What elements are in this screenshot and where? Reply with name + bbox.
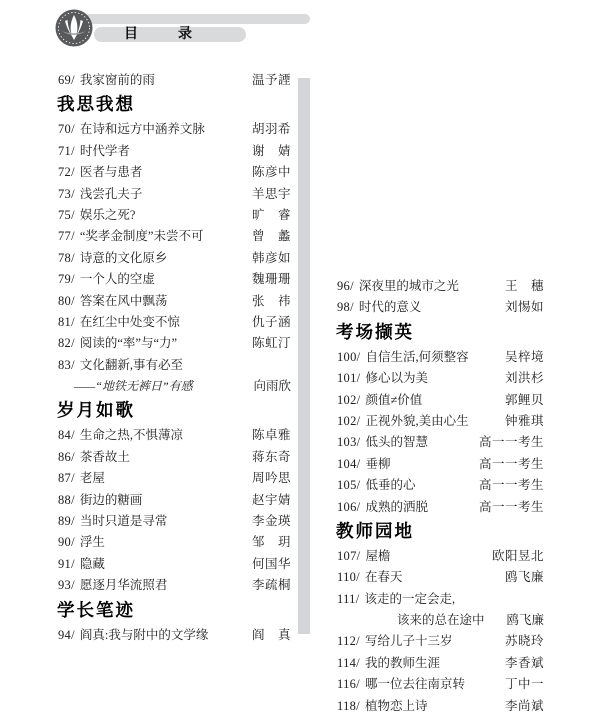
- entry-text: 110/在春天: [337, 567, 402, 588]
- entry-page-number: 91/: [58, 557, 75, 571]
- entry-page-number: 90/: [58, 535, 75, 549]
- entry-text: 81/在红尘中处变不惊: [58, 312, 180, 333]
- column-divider: [298, 78, 310, 634]
- entry-text: 103/低头的智慧: [337, 432, 428, 453]
- entry-text: 78/诗意的文化原乡: [58, 248, 167, 269]
- entry-author: 吴梓境: [505, 347, 544, 368]
- toc-entry: 107/屋檐欧阳昱北: [337, 546, 544, 567]
- entry-text: 96/深夜里的城市之光: [337, 276, 459, 297]
- entry-text: 94/阎真:我与附中的文学缘: [58, 625, 208, 646]
- toc-column-right: 96/深夜里的城市之光王 穗98/时代的意义刘惕如考场撷英100/自信生活,何须…: [337, 276, 544, 714]
- entry-title: “奖孝金制度”未尝不可: [80, 229, 204, 243]
- entry-text: 79/一个人的空虚: [58, 269, 155, 290]
- entry-author: 李尚斌: [505, 696, 544, 714]
- entry-title: 修心以为美: [365, 371, 428, 385]
- toc-entry: 118/植物恋上诗李尚斌: [337, 696, 544, 714]
- entry-author: 刘洪杉: [505, 368, 544, 389]
- toc-entry: 98/时代的意义刘惕如: [337, 297, 544, 318]
- entry-text: 101/修心以为美: [337, 368, 428, 389]
- entry-page-number: 105/: [337, 478, 360, 492]
- entry-author: 陈彦中: [252, 162, 291, 183]
- entry-title: 植物恋上诗: [365, 699, 428, 713]
- entry-page-number: 89/: [58, 514, 75, 528]
- entry-author: 韩彦如: [252, 248, 291, 269]
- toc-entry: 86/茶香故土蒋东奇: [58, 447, 291, 468]
- toc-entry: 90/浮生邹 玥: [58, 532, 291, 553]
- school-emblem-logo: [55, 9, 93, 47]
- entry-title: 在诗和远方中涵养文脉: [80, 122, 205, 136]
- entry-text: 73/浅尝孔夫子: [58, 184, 142, 205]
- toc-entry-continuation: ——“地铁无裤日”有感向雨欣: [58, 376, 291, 397]
- toc-entry: 87/老屋周吟思: [58, 468, 291, 489]
- school-emblem-icon: [55, 9, 93, 47]
- entry-page-number: 73/: [58, 187, 75, 201]
- entry-page-number: 106/: [337, 500, 360, 514]
- entry-author: 赵宇婧: [252, 490, 291, 511]
- entry-page-number: 94/: [58, 628, 75, 642]
- entry-title: 愿逐月华流照君: [80, 578, 168, 592]
- entry-title: 娱乐之死?: [80, 208, 136, 222]
- toc-entry: 80/答案在风中飘荡张 祎: [58, 291, 291, 312]
- toc-entry: 75/娱乐之死?旷 睿: [58, 205, 291, 226]
- entry-page-number: 104/: [337, 457, 360, 471]
- entry-title: 我家窗前的雨: [80, 73, 155, 87]
- entry-page-number: 77/: [58, 229, 75, 243]
- entry-title: 该走的一定会走,: [365, 592, 456, 606]
- toc-entry: 93/愿逐月华流照君李疏桐: [58, 575, 291, 596]
- entry-page-number: 87/: [58, 471, 75, 485]
- entry-author: 胡羽希: [252, 119, 291, 140]
- entry-title: 时代的意义: [359, 300, 422, 314]
- section-heading: 我思我想: [57, 93, 291, 118]
- entry-page-number: 110/: [337, 570, 360, 584]
- entry-author: 欧阳昱北: [492, 546, 544, 567]
- entry-page-number: 118/: [337, 699, 360, 713]
- toc-entry: 77/“奖孝金制度”未尝不可曾 蠡: [58, 226, 291, 247]
- entry-author: 阎 真: [252, 625, 291, 646]
- entry-text: 87/老屋: [58, 468, 105, 489]
- entry-title: 我的教师生涯: [365, 656, 440, 670]
- entry-page-number: 75/: [58, 208, 75, 222]
- entry-text: 102/颜值≠价值: [337, 390, 422, 411]
- toc-entry: 102/颜值≠价值郭鲤贝: [337, 390, 544, 411]
- toc-entry: 101/修心以为美刘洪杉: [337, 368, 544, 389]
- toc-entry: 103/低头的智慧高一一考生: [337, 432, 544, 453]
- entry-page-number: 83/: [58, 358, 75, 372]
- toc-entry: 110/在春天鸥飞廉: [337, 567, 544, 588]
- entry-page-number: 80/: [58, 294, 75, 308]
- entry-page-number: 96/: [337, 279, 354, 293]
- toc-entry: 79/一个人的空虚魏珊珊: [58, 269, 291, 290]
- entry-text: 112/写给儿子十三岁: [337, 631, 452, 652]
- entry-author: 苏晓玲: [505, 631, 544, 652]
- entry-page-number: 88/: [58, 493, 75, 507]
- entry-page-number: 81/: [58, 315, 75, 329]
- entry-text: 114/我的教师生涯: [337, 653, 440, 674]
- toc-entry: 71/时代学者谢 婧: [58, 141, 291, 162]
- entry-page-number: 100/: [337, 350, 360, 364]
- entry-page-number: 102/: [337, 393, 360, 407]
- entry-author: 李金瑛: [252, 511, 291, 532]
- section-heading: 学长笔迹: [57, 599, 291, 624]
- entry-page-number: 102/: [337, 414, 360, 428]
- toc-entry: 69/我家窗前的雨温予諲: [58, 70, 291, 91]
- entry-subtitle: ——“地铁无裤日”有感: [58, 376, 193, 397]
- entry-author: 羊思宇: [252, 184, 291, 205]
- toc-entry: 82/阅读的“率”与“力”陈虹汀: [58, 333, 291, 354]
- entry-author: 曾 蠡: [252, 226, 291, 247]
- entry-author: 郭鲤贝: [505, 390, 544, 411]
- entry-title: 在红尘中处变不惊: [80, 315, 180, 329]
- entry-author: 高一一考生: [479, 475, 544, 496]
- entry-text: 111/该走的一定会走,: [337, 589, 455, 610]
- entry-text: 89/当时只道是寻常: [58, 511, 167, 532]
- entry-title: 深夜里的城市之光: [359, 279, 459, 293]
- entry-title: 低头的智慧: [365, 435, 428, 449]
- entry-title: 写给儿子十三岁: [365, 634, 453, 648]
- entry-page-number: 78/: [58, 251, 75, 265]
- entry-title: 颜值≠价值: [365, 393, 422, 407]
- header-swoosh-bottom: [94, 27, 246, 42]
- toc-title-char-2: 录: [178, 24, 192, 44]
- entry-text: 98/时代的意义: [337, 297, 421, 318]
- entry-author: 温予諲: [252, 70, 291, 91]
- entry-text: 107/屋檐: [337, 546, 390, 567]
- entry-author: 李香斌: [505, 653, 544, 674]
- entry-author: 邹 玥: [252, 532, 291, 553]
- toc-entry: 88/街边的糖画赵宇婧: [58, 490, 291, 511]
- entry-text: 91/隐藏: [58, 554, 105, 575]
- toc-entry: 91/隐藏何国华: [58, 554, 291, 575]
- toc-entry: 106/成熟的洒脱高一一考生: [337, 497, 544, 518]
- entry-text: 102/正视外貌,美由心生: [337, 411, 469, 432]
- entry-title: 隐藏: [80, 557, 105, 571]
- entry-title: 时代学者: [80, 144, 130, 158]
- entry-author: 仇子涵: [252, 312, 291, 333]
- entry-text: 93/愿逐月华流照君: [58, 575, 167, 596]
- entry-subtitle: 该来的总在途中: [337, 610, 485, 631]
- entry-author: 旷 睿: [252, 205, 291, 226]
- entry-title: 正视外貌,美由心生: [365, 414, 468, 428]
- entry-author: 高一一考生: [479, 497, 544, 518]
- entry-author: 高一一考生: [479, 432, 544, 453]
- toc-entry: 72/医者与患者陈彦中: [58, 162, 291, 183]
- entry-text: 116/哪一位去往南京转: [337, 674, 465, 695]
- entry-text: 90/浮生: [58, 532, 105, 553]
- entry-text: 88/街边的糖画: [58, 490, 142, 511]
- entry-author: 向雨欣: [253, 376, 291, 397]
- entry-author: 刘惕如: [505, 297, 544, 318]
- entry-author: 鸥飞廉: [506, 610, 544, 631]
- entry-title: 哪一位去往南京转: [365, 677, 465, 691]
- entry-text: 83/文化翻新,事有必至: [58, 355, 183, 376]
- entry-title: 阅读的“率”与“力”: [80, 336, 177, 350]
- toc-entry: 114/我的教师生涯李香斌: [337, 653, 544, 674]
- entry-title: 阎真:我与附中的文学缘: [80, 628, 208, 642]
- entry-title: 街边的糖画: [80, 493, 143, 507]
- toc-entry: 70/在诗和远方中涵养文脉胡羽希: [58, 119, 291, 140]
- entry-page-number: 93/: [58, 578, 75, 592]
- entry-text: 104/垂柳: [337, 454, 390, 475]
- entry-page-number: 71/: [58, 144, 75, 158]
- toc-entry-continuation: 该来的总在途中鸥飞廉: [337, 610, 544, 631]
- entry-page-number: 72/: [58, 165, 75, 179]
- toc-page: 目 录 69/我家窗前的雨温予諲我思我想70/在诗和远方中涵养文脉胡羽希71/时…: [0, 0, 605, 714]
- entry-title: 浮生: [80, 535, 105, 549]
- entry-text: 105/低垂的心: [337, 475, 415, 496]
- toc-entry: 116/哪一位去往南京转丁中一: [337, 674, 544, 695]
- entry-text: 70/在诗和远方中涵养文脉: [58, 119, 205, 140]
- entry-title: 在春天: [365, 570, 403, 584]
- toc-entry: 83/文化翻新,事有必至: [58, 355, 291, 376]
- header-swoosh-top: [84, 14, 310, 24]
- entry-text: 75/娱乐之死?: [58, 205, 135, 226]
- entry-page-number: 112/: [337, 634, 360, 648]
- entry-title: 诗意的文化原乡: [80, 251, 168, 265]
- entry-author: 王 穗: [505, 276, 544, 297]
- entry-page-number: 82/: [58, 336, 75, 350]
- entry-title: 生命之热,不惧薄凉: [80, 428, 183, 442]
- entry-page-number: 70/: [58, 122, 75, 136]
- entry-page-number: 84/: [58, 428, 75, 442]
- entry-title: 成熟的洒脱: [365, 500, 428, 514]
- entry-author: 钟雅琪: [505, 411, 544, 432]
- entry-author: 丁中一: [505, 674, 544, 695]
- entry-text: 71/时代学者: [58, 141, 130, 162]
- entry-text: 118/植物恋上诗: [337, 696, 427, 714]
- section-heading: 岁月如歌: [57, 399, 291, 424]
- entry-author: 张 祎: [252, 291, 291, 312]
- entry-author: 陈虹汀: [252, 333, 291, 354]
- entry-text: 86/茶香故土: [58, 447, 130, 468]
- entry-title: 医者与患者: [80, 165, 143, 179]
- entry-title: 垂柳: [365, 457, 390, 471]
- entry-page-number: 98/: [337, 300, 354, 314]
- entry-title: 低垂的心: [365, 478, 415, 492]
- section-heading: 考场撷英: [336, 321, 544, 346]
- entry-author: 蒋东奇: [252, 447, 291, 468]
- section-heading: 教师园地: [336, 520, 544, 545]
- toc-entry: 105/低垂的心高一一考生: [337, 475, 544, 496]
- toc-column-left: 69/我家窗前的雨温予諲我思我想70/在诗和远方中涵养文脉胡羽希71/时代学者谢…: [58, 70, 291, 646]
- toc-entry: 112/写给儿子十三岁苏晓玲: [337, 631, 544, 652]
- entry-text: 82/阅读的“率”与“力”: [58, 333, 177, 354]
- toc-entry: 84/生命之热,不惧薄凉陈卓雅: [58, 425, 291, 446]
- entry-author: 李疏桐: [252, 575, 291, 596]
- entry-page-number: 116/: [337, 677, 360, 691]
- entry-page-number: 114/: [337, 656, 360, 670]
- entry-title: 浅尝孔夫子: [80, 187, 143, 201]
- toc-title-char-1: 目: [124, 24, 138, 44]
- entry-page-number: 86/: [58, 450, 75, 464]
- entry-text: 84/生命之热,不惧薄凉: [58, 425, 183, 446]
- entry-title: 老屋: [80, 471, 105, 485]
- toc-entry: 78/诗意的文化原乡韩彦如: [58, 248, 291, 269]
- entry-title: 一个人的空虚: [80, 272, 155, 286]
- entry-page-number: 69/: [58, 73, 75, 87]
- entry-text: 106/成熟的洒脱: [337, 497, 428, 518]
- entry-text: 100/自信生活,何须整容: [337, 347, 469, 368]
- entry-title: 屋檐: [365, 549, 390, 563]
- entry-text: 72/医者与患者: [58, 162, 142, 183]
- toc-entry: 100/自信生活,何须整容吴梓境: [337, 347, 544, 368]
- entry-page-number: 101/: [337, 371, 360, 385]
- entry-page-number: 103/: [337, 435, 360, 449]
- toc-entry: 89/当时只道是寻常李金瑛: [58, 511, 291, 532]
- toc-entry: 104/垂柳高一一考生: [337, 454, 544, 475]
- entry-text: 77/“奖孝金制度”未尝不可: [58, 226, 203, 247]
- entry-title: 当时只道是寻常: [80, 514, 168, 528]
- entry-author: 高一一考生: [479, 454, 544, 475]
- entry-author: 鸥飞廉: [505, 567, 544, 588]
- entry-author: 周吟思: [252, 468, 291, 489]
- entry-author: 何国华: [252, 554, 291, 575]
- toc-entry: 96/深夜里的城市之光王 穗: [337, 276, 544, 297]
- entry-title: 自信生活,何须整容: [365, 350, 468, 364]
- entry-title: 文化翻新,事有必至: [80, 358, 183, 372]
- toc-entry: 81/在红尘中处变不惊仇子涵: [58, 312, 291, 333]
- entry-title: 茶香故土: [80, 450, 130, 464]
- toc-entry: 73/浅尝孔夫子羊思宇: [58, 184, 291, 205]
- toc-entry: 94/阎真:我与附中的文学缘阎 真: [58, 625, 291, 646]
- entry-title: 答案在风中飘荡: [80, 294, 168, 308]
- entry-text: 69/我家窗前的雨: [58, 70, 155, 91]
- entry-page-number: 107/: [337, 549, 360, 563]
- entry-text: 80/答案在风中飘荡: [58, 291, 167, 312]
- entry-page-number: 111/: [337, 592, 360, 606]
- entry-author: 魏珊珊: [252, 269, 291, 290]
- toc-entry: 102/正视外貌,美由心生钟雅琪: [337, 411, 544, 432]
- entry-page-number: 79/: [58, 272, 75, 286]
- toc-entry: 111/该走的一定会走,: [337, 589, 544, 610]
- entry-author: 谢 婧: [252, 141, 291, 162]
- entry-author: 陈卓雅: [252, 425, 291, 446]
